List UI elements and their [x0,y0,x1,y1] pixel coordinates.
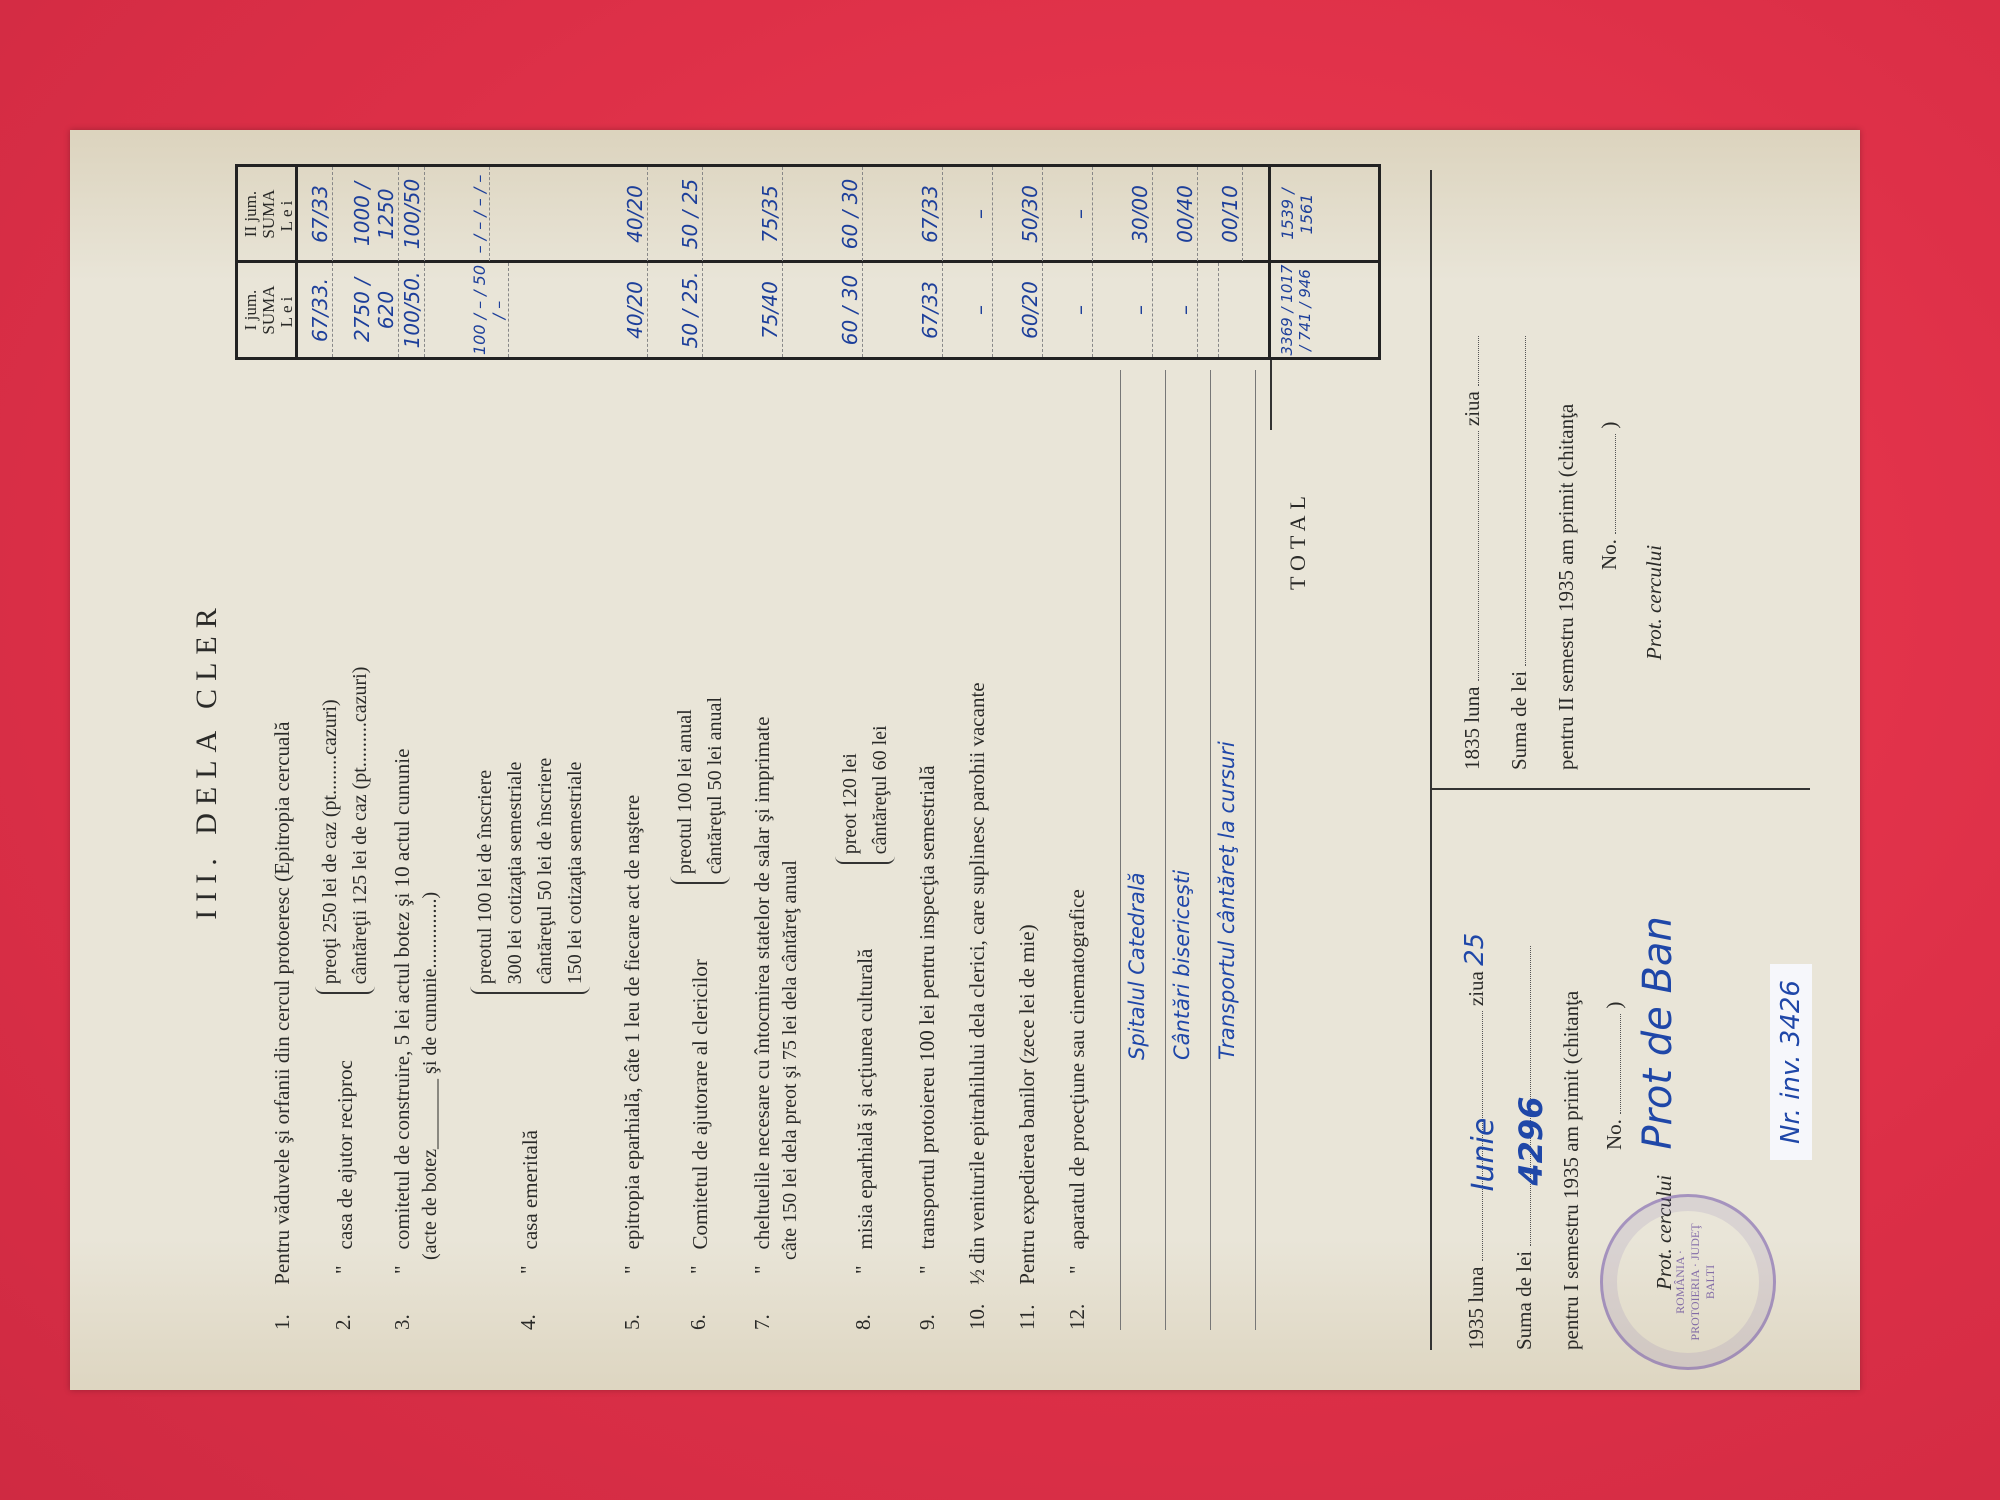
amount-cell [1218,263,1219,357]
amount-cell: – [1068,263,1093,357]
row-sub-brace: preot 120 lei cântăreţul 60 lei [835,725,895,864]
amount-cell: 1000 / 1250 [350,167,399,261]
amount-cell: 67/33 [918,263,943,357]
row-9: 9. " transportul protoiereu 100 lei pent… [915,765,940,1330]
ditto-mark: " [390,1255,415,1285]
row-text: comitetul de construire, 5 lei actul bot… [390,749,414,1250]
row-sub-brace: preotul 100 lei anual cântăreţul 50 lei … [670,697,730,884]
row-number: 7. [750,1290,775,1330]
stamp-seal-icon: ROMÂNIA · PROTOIERIA · JUDEŢ BALTI [1600,1194,1776,1370]
ditto-mark: " [750,1255,775,1285]
amounts-table: I jum. SUMA Lei 67/33. 2750 / 620 100/50… [235,164,1381,360]
total-rule [1270,360,1272,430]
row-6: 6. " Comitetul de ajutorare al clericilo… [670,697,730,1330]
row-sub-line: (acte de botez_______ şi de cununie.....… [415,749,445,1330]
row-sub-line: câte 150 lei dela preot şi 75 lei dela c… [775,717,805,1330]
row-text: ½ din veniturile epitrahilului dela cler… [965,682,989,1284]
row-number: 1. [270,1290,295,1330]
column-first-half: I jum. SUMA Lei 67/33. 2750 / 620 100/50… [238,260,1378,357]
amount-cell: 40/20 [623,263,648,357]
amount-cell: 40/20 [623,167,648,261]
handwritten-sum: 4296 [1512,1097,1550,1186]
amount-cell: – [968,263,993,357]
amount-cell: – [968,167,993,261]
row-number: 4. [516,1290,541,1330]
footer-divider [1430,788,1810,790]
ditto-mark: " [620,1255,645,1285]
amount-cell: – / – / – / – [470,167,490,261]
amount-cell: – [1173,263,1198,357]
row-text: Pentru expedierea banilor (zece lei de m… [1015,924,1039,1284]
row-7: 7. " cheltuelile necesare cu întocmirea … [750,717,805,1330]
column-second-half: II jum. SUMA Lei 67/33 1000 / 1250 100/5… [238,167,1378,261]
amount-cell: 60 / 30 [838,167,863,261]
signatory-label: Prot. cercului [1642,210,1667,770]
amount-cell: 67/33 [918,167,943,261]
row-10: 10. ½ din veniturile epitrahilului dela … [965,682,990,1330]
entry-line [1120,370,1121,1330]
amount-cell: 50 / 25. [678,263,703,357]
row-number: 8. [851,1290,876,1330]
amount-cell: 100 / – / 50 / – [470,263,509,357]
footer-rule [1430,170,1432,1350]
ditto-mark: " [516,1255,541,1285]
row-3: 3. " comitetul de construire, 5 lei actu… [390,749,445,1330]
row-number: 5. [620,1290,645,1330]
amount-cell: 67/33. [308,263,333,357]
row-sub-line: preotul 100 lei de înscriere [470,758,500,985]
amount-cell: 67/33 [308,167,333,261]
row-sub-brace: preoţi 250 lei de caz (pt........cazuri)… [315,667,375,995]
row-text: Comitetul de ajutorare al clericilor [688,890,713,1250]
column-header: II jum. SUMA Lei [238,167,298,261]
ditto-mark: " [686,1255,711,1285]
ditto-mark: " [851,1255,876,1285]
row-number: 6. [686,1290,711,1330]
row-number: 3. [390,1290,415,1330]
row-sub-line: cântăreţul 60 lei [865,725,895,854]
document-page: III. DELA CLER 1. Pentru văduvele şi orf… [70,130,1860,1390]
row-sub-line: cântăreţul 50 lei anual [700,697,730,874]
row-4: 4. " casa emeritală preotul 100 lei de î… [470,758,590,1330]
row-text: casa de ajutor reciproc [333,1000,358,1250]
total-amount-second-half: 1539 / 1561 [1278,167,1316,261]
total-amount-first-half: 3369 / 1017 / 741 / 946 [1278,263,1314,357]
amount-cell: – [1128,263,1153,357]
amount-cell: 00/10 [1218,167,1243,261]
amount-cell: 50 / 25 [678,167,703,261]
row-8: 8. " misia eparhială şi acţiunea cultura… [835,725,895,1330]
entry-line [1210,370,1211,1330]
page-title: III. DELA CLER [190,130,224,1390]
inventory-sticker: Nr. inv. 3426 [1770,964,1812,1160]
column-header: I jum. SUMA Lei [238,263,298,357]
row-text: Pentru văduvele şi orfanii din cercul pr… [270,721,294,1284]
handwritten-day: 25 [1460,933,1490,966]
row-sub-line: cântăreţul 50 lei de înscriere [530,758,560,985]
amount-cell: 75/40 [758,263,783,357]
row-sub-brace: preotul 100 lei de înscriere 300 lei cot… [470,758,590,995]
row-sub-line: preoţi 250 lei de caz (pt........cazuri) [315,667,345,985]
ditto-mark: " [1065,1255,1090,1285]
row-sub-line: 150 lei cotizaţia semestriale [560,758,590,985]
row-text: misia eparhială şi acţiunea culturală [853,870,878,1250]
amount-cell: 60/20 [1018,263,1043,357]
entry-line [1165,370,1166,1330]
handwritten-row: Spitalul Catedrală [1125,873,1149,1060]
row-sub-line: preot 120 lei [835,725,865,854]
amount-cell: 2750 / 620 [350,263,399,357]
amount-cell: 30/00 [1128,167,1153,261]
row-sub-line: cântăreţii 125 lei de caz (pt.........ca… [345,667,375,985]
row-number: 2. [331,1290,356,1330]
ditto-mark: " [331,1255,356,1285]
row-12: 12. " aparatul de proecţiune sau cinemat… [1065,889,1090,1330]
signature: Prot de Ban [1635,916,1681,1149]
row-sub-line: 300 lei cotizaţia semestriale [500,758,530,985]
row-text: casa emeritală [518,1000,543,1250]
row-2: 2. " casa de ajutor reciproc preoţi 250 … [315,667,375,1330]
amount-cell: 60 / 30 [838,263,863,357]
row-number: 12. [1065,1290,1090,1330]
amount-cell: 100/50 [400,167,425,261]
amount-cell: 00/40 [1173,167,1198,261]
row-5: 5. " epitropia eparhială, câte 1 leu de … [620,795,645,1330]
amount-cell: 100/50. [400,263,425,357]
footer-right: 1835 luna ziua Suma de lei pentru II sem… [1460,210,1667,770]
row-11: 11. Pentru expedierea banilor (zece lei … [1015,924,1040,1330]
row-1: 1. Pentru văduvele şi orfanii din cercul… [270,721,295,1330]
amount-cell: – [1068,167,1093,261]
row-number: 9. [915,1290,940,1330]
ditto-mark: " [915,1255,940,1285]
row-sub-line: preotul 100 lei anual [670,697,700,874]
row-text: aparatul de proecţiune sau cinematografi… [1065,889,1089,1249]
amount-cell: 75/35 [758,167,783,261]
handwritten-row: Transportul cântăreţ la cursuri [1215,741,1239,1060]
total-separator [1268,167,1271,357]
handwritten-month: Iunie [1466,1118,1501,1192]
row-number: 10. [965,1290,990,1330]
row-number: 11. [1015,1290,1040,1330]
total-label: TOTAL [1285,490,1311,590]
handwritten-row: Cântări bisericeşti [1170,870,1194,1060]
row-text: transportul protoiereu 100 lei pentru in… [915,765,939,1249]
amount-cell: 50/30 [1018,167,1043,261]
row-text: epitropia eparhială, câte 1 leu de fieca… [620,795,644,1250]
entry-line [1255,370,1256,1330]
row-text: cheltuelile necesare cu întocmirea state… [750,717,774,1250]
